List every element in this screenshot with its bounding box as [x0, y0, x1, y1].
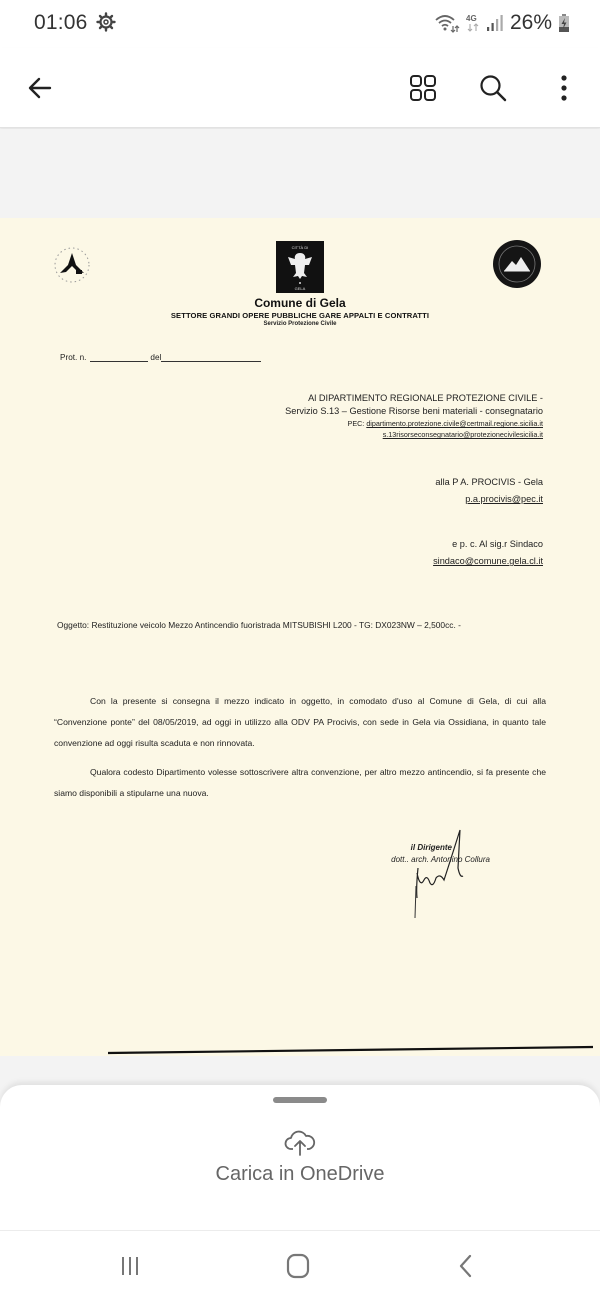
recipient-line: Al DIPARTIMENTO REGIONALE PROTEZIONE CIV… — [285, 392, 543, 405]
sheet-drag-handle[interactable] — [273, 1097, 327, 1103]
handwritten-signature — [400, 828, 480, 923]
upload-onedrive-label: Carica in OneDrive — [180, 1163, 420, 1186]
battery-charging-icon — [558, 13, 570, 33]
prot-date-blank — [161, 353, 261, 362]
protezione-civile-seal — [492, 239, 542, 289]
wifi-icon — [434, 13, 460, 33]
body-paragraph: Qualora codesto Dipartimento volesse sot… — [54, 762, 546, 804]
document-subject: Oggetto: Restituzione veicolo Mezzo Anti… — [57, 620, 461, 630]
grid-view-icon — [409, 74, 437, 102]
recipient-procivis: alla P A. PROCIVIS - Gela p.a.procivis@p… — [435, 476, 543, 506]
protezione-civile-logo — [52, 245, 92, 285]
cloud-upload-icon — [284, 1129, 316, 1157]
document-header-service: Servizio Protezione Civile — [0, 321, 600, 327]
email-link[interactable]: sindaco@comune.gela.cl.it — [433, 556, 543, 566]
pec-label: PEC: — [348, 419, 365, 428]
paragraph-text: Con la presente si consegna il mezzo ind… — [54, 696, 546, 748]
signal-icon — [486, 14, 504, 32]
status-indicators: 4G 26% — [434, 11, 570, 35]
del-label: del — [150, 353, 161, 362]
document-header-sector: SETTORE GRANDI OPERE PUBBLICHE GARE APPA… — [0, 311, 600, 320]
recipient-line: Servizio S.13 – Gestione Risorse beni ma… — [285, 405, 543, 418]
svg-text:CITTÀ DI: CITTÀ DI — [292, 245, 309, 250]
app-bar — [0, 48, 600, 128]
prot-number-blank — [90, 353, 148, 362]
bottom-sheet: Carica in OneDrive — [0, 1085, 600, 1230]
battery-percent: 26% — [510, 11, 552, 35]
back-icon — [456, 1253, 476, 1279]
status-bar: 01:06 4G 26% — [0, 0, 600, 48]
more-options-button[interactable] — [544, 68, 584, 108]
more-options-icon — [559, 74, 569, 102]
svg-text:GELA: GELA — [295, 286, 306, 291]
mobile-data-icon: 4G — [466, 13, 480, 33]
status-time: 01:06 — [34, 11, 88, 35]
home-button[interactable] — [278, 1251, 318, 1281]
paragraph-text: Qualora codesto Dipartimento volesse sot… — [54, 767, 546, 798]
body-paragraph: Con la presente si consegna il mezzo ind… — [54, 691, 546, 754]
recipient-sindaco: e p. c. Al sig.r Sindaco sindaco@comune.… — [433, 538, 543, 568]
page-bottom-rule — [108, 1045, 593, 1057]
protocol-line: Prot. n. del — [60, 353, 261, 362]
svg-text:4G: 4G — [466, 14, 477, 23]
home-icon — [285, 1253, 311, 1279]
recent-apps-icon — [118, 1254, 142, 1278]
pec-email-link[interactable]: s.13risorseconsegnatario@protezionecivil… — [383, 430, 543, 439]
prot-label: Prot. n. — [60, 353, 86, 362]
document-page — [0, 218, 600, 1056]
recent-apps-button[interactable] — [110, 1251, 150, 1281]
recipient-line: e p. c. Al sig.r Sindaco — [433, 538, 543, 551]
search-icon — [478, 73, 508, 103]
recipient-line: alla P A. PROCIVIS - Gela — [435, 476, 543, 489]
search-button[interactable] — [473, 68, 513, 108]
recipient-department: Al DIPARTIMENTO REGIONALE PROTEZIONE CIV… — [285, 392, 543, 440]
back-arrow-icon — [26, 74, 54, 102]
settings-gear-icon — [96, 12, 116, 32]
comune-di-gela-crest: CITTÀ DI GELA — [276, 241, 324, 293]
upload-onedrive-button[interactable]: Carica in OneDrive — [180, 1125, 420, 1205]
back-button[interactable] — [20, 68, 60, 108]
system-back-button[interactable] — [446, 1251, 486, 1281]
page-grid-button[interactable] — [403, 68, 443, 108]
pec-email-link[interactable]: dipartimento.protezione.civile@certmail.… — [366, 419, 543, 428]
email-link[interactable]: p.a.procivis@pec.it — [465, 494, 543, 504]
document-header-title: Comune di Gela — [0, 296, 600, 310]
system-nav-bar — [0, 1230, 600, 1300]
